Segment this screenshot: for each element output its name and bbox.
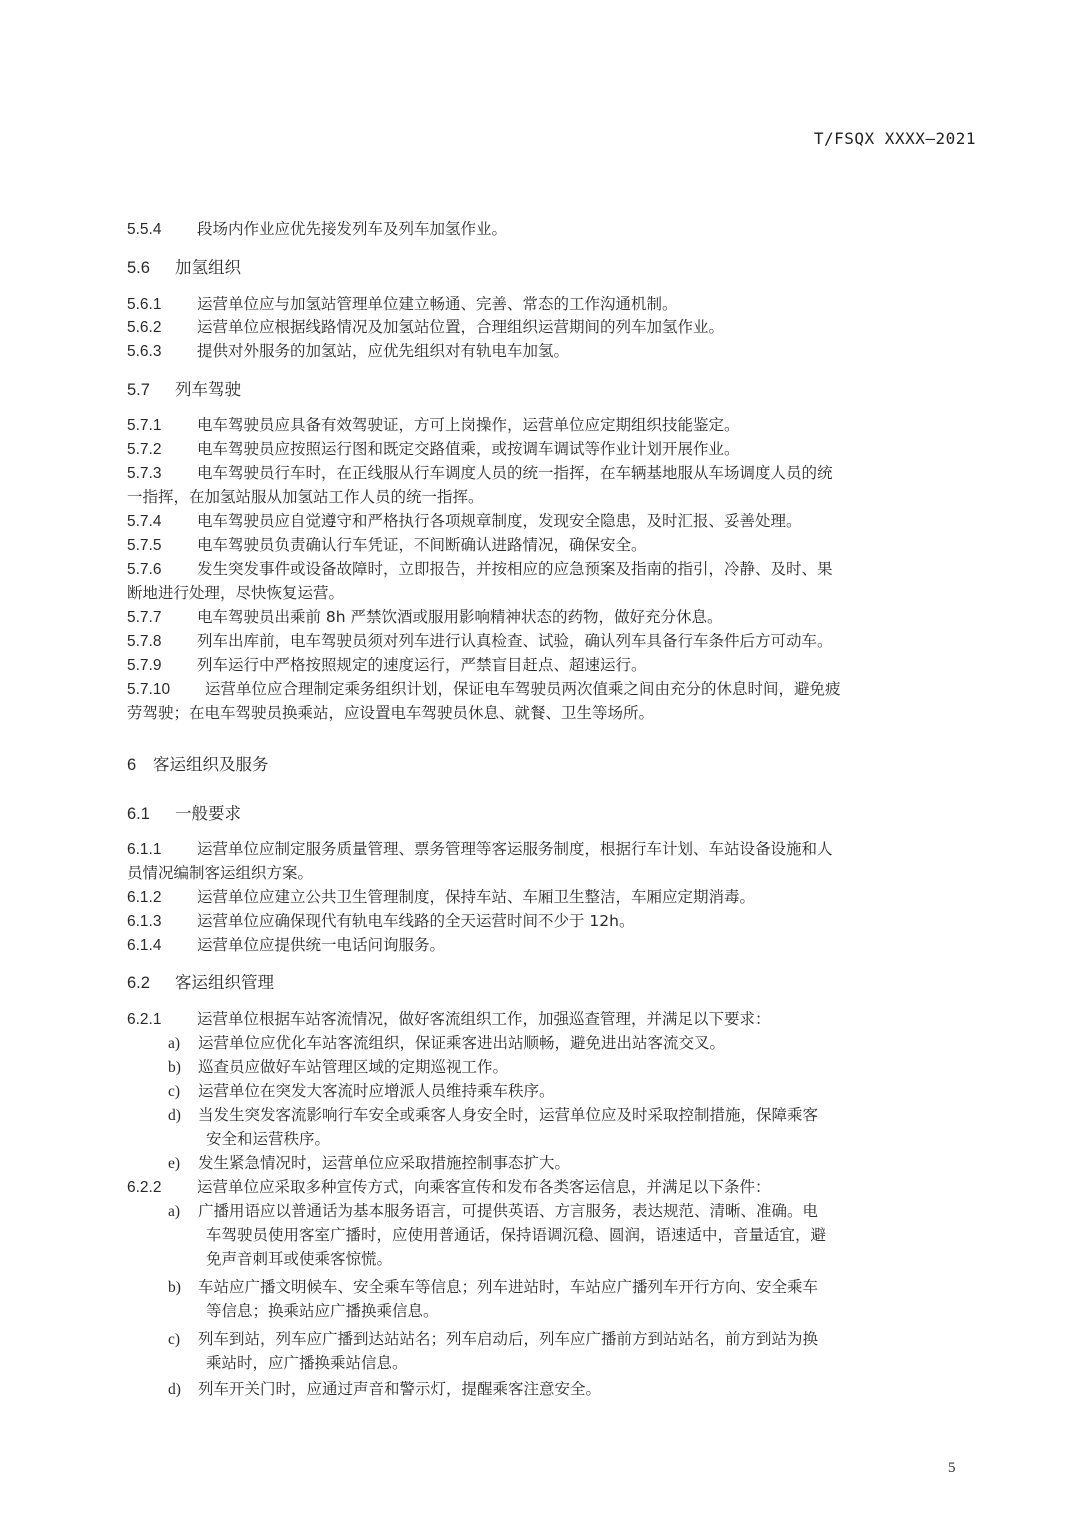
clause-text: 电车驾驶员负责确认行车凭证，不间断确认进路情况，确保安全。 (197, 536, 647, 554)
list-marker: c) (168, 1328, 198, 1352)
clause-number: 6.1.3 (127, 910, 197, 934)
clause-text: 电车驾驶员应具备有效驾驶证，方可上岗操作，运营单位应定期组织技能鉴定。 (197, 416, 740, 434)
clause-5-7-6-cont: 断地进行处理，尽快恢复运营。 (127, 582, 979, 606)
clause-number: 5.6.2 (127, 316, 197, 340)
clause-number: 6.1.1 (127, 838, 197, 862)
list-item-6-2-1-e: e)发生紧急情况时，运营单位应采取措施控制事态扩大。 (168, 1152, 1020, 1176)
clause-text: 提供对外服务的加氢站，应优先组织对有轨电车加氢。 (197, 342, 569, 360)
list-marker: d) (168, 1104, 198, 1128)
clause-number: 5.7.4 (127, 510, 197, 534)
clause-5-7-5: 5.7.5电车驾驶员负责确认行车凭证，不间断确认进路情况，确保安全。 (127, 534, 979, 558)
heading-6-1: 6.1一般要求 (127, 802, 979, 827)
clause-5-7-10-cont: 劳驾驶；在电车驾驶员换乘站，应设置电车驾驶员休息、就餐、卫生等场所。 (127, 702, 979, 726)
clause-text: 运营单位应合理制定乘务组织计划，保证电车驾驶员两次值乘之间由充分的休息时间，避免… (205, 680, 841, 698)
list-text: 安全和运营秩序。 (206, 1130, 330, 1148)
clause-text: 列车出库前，电车驾驶员须对列车进行认真检查、试验，确认列车具备行车条件后方可动车… (197, 632, 833, 650)
list-marker: b) (168, 1056, 198, 1080)
list-marker: a) (168, 1200, 198, 1224)
clause-5-6-3: 5.6.3提供对外服务的加氢站，应优先组织对有轨电车加氢。 (127, 340, 979, 364)
clause-text: 劳驾驶；在电车驾驶员换乘站，应设置电车驾驶员休息、就餐、卫生等场所。 (127, 704, 654, 722)
clause-number: 5.7.10 (127, 678, 205, 702)
clause-text: 运营单位应与加氢站管理单位建立畅通、完善、常态的工作沟通机制。 (197, 295, 678, 313)
clause-number: 6.1.2 (127, 886, 197, 910)
list-item-6-2-2-a: a)广播用语应以普通话为基本服务语言，可提供英语、方言服务，表达规范、清晰、准确… (168, 1200, 1020, 1224)
clause-6-1-1-cont: 员情况编制客运组织方案。 (127, 862, 979, 886)
heading-number: 6.1 (127, 803, 175, 827)
clause-number: 5.7.1 (127, 414, 197, 438)
clause-text: 一指挥，在加氢站服从加氢站工作人员的统一指挥。 (127, 488, 484, 506)
clause-5-7-6: 5.7.6发生突发事件或设备故障时，立即报告，并按相应的应急预案及指南的指引，冷… (127, 558, 979, 582)
clause-6-1-3: 6.1.3运营单位应确保现代有轨电车线路的全天运营时间不少于 12h。 (127, 910, 979, 934)
clause-5-7-4: 5.7.4电车驾驶员应自觉遵守和严格执行各项规章制度，发现安全隐患，及时汇报、妥… (127, 510, 979, 534)
heading-5-6: 5.6加氢组织 (127, 256, 979, 281)
clause-text: 列车运行中严格按照规定的速度运行，严禁盲目赶点、超速运行。 (197, 656, 647, 674)
list-text: 免声音刺耳或使乘客惊慌。 (206, 1250, 392, 1268)
clause-5-7-3-cont: 一指挥，在加氢站服从加氢站工作人员的统一指挥。 (127, 486, 979, 510)
clause-text: 员情况编制客运组织方案。 (127, 864, 313, 882)
clause-6-2-1: 6.2.1运营单位根据车站客流情况，做好客流组织工作，加强巡查管理，并满足以下要… (127, 1008, 979, 1032)
clause-6-1-2: 6.1.2运营单位应建立公共卫生管理制度，保持车站、车厢卫生整洁，车厢应定期消毒… (127, 886, 979, 910)
heading-text: 客运组织管理 (175, 973, 274, 992)
clause-5-7-9: 5.7.9列车运行中严格按照规定的速度运行，严禁盲目赶点、超速运行。 (127, 654, 979, 678)
clause-text: 发生突发事件或设备故障时，立即报告，并按相应的应急预案及指南的指引，冷静、及时、… (197, 560, 833, 578)
clause-text: 断地进行处理，尽快恢复运营。 (127, 584, 344, 602)
list-item-6-2-2-a-cont2: 免声音刺耳或使乘客惊慌。 (206, 1248, 1058, 1272)
list-item-6-2-1-a: a)运营单位应优化车站客流组织，保证乘客进出站顺畅，避免进出站客流交叉。 (168, 1032, 1020, 1056)
clause-5-6-2: 5.6.2运营单位应根据线路情况及加氢站位置，合理组织运营期间的列车加氢作业。 (127, 316, 979, 340)
heading-text: 加氢组织 (175, 258, 241, 277)
clause-5-7-7: 5.7.7电车驾驶员出乘前 8h 严禁饮酒或服用影响精神状态的药物，做好充分休息… (127, 606, 979, 630)
clause-number: 5.6.1 (127, 293, 197, 317)
heading-text: 客运组织及服务 (153, 755, 269, 774)
list-item-6-2-2-c: c)列车到站，列车应广播到达站站名；列车启动后，列车应广播前方到站站名，前方到站… (168, 1328, 1020, 1352)
clause-number: 5.7.8 (127, 630, 197, 654)
heading-number: 6.2 (127, 972, 175, 996)
clause-6-2-2: 6.2.2运营单位应采取多种宣传方式，向乘客宣传和发布各类客运信息，并满足以下条… (127, 1176, 979, 1200)
clause-5-7-2: 5.7.2电车驾驶员应按照运行图和既定交路值乘，或按调车调试等作业计划开展作业。 (127, 438, 979, 462)
clause-5-7-8: 5.7.8列车出库前，电车驾驶员须对列车进行认真检查、试验，确认列车具备行车条件… (127, 630, 979, 654)
heading-6-2: 6.2客运组织管理 (127, 971, 979, 996)
list-text: 广播用语应以普通话为基本服务语言，可提供英语、方言服务，表达规范、清晰、准确。电 (198, 1202, 818, 1220)
list-item-6-2-2-d: d)列车开关门时，应通过声音和警示灯，提醒乘客注意安全。 (168, 1378, 1020, 1402)
clause-number: 5.7.7 (127, 606, 197, 630)
heading-number: 6 (127, 754, 153, 778)
heading-number: 5.7 (127, 379, 175, 403)
clause-number: 5.7.3 (127, 462, 197, 486)
list-item-6-2-1-b: b)巡查员应做好车站管理区域的定期巡视工作。 (168, 1056, 1020, 1080)
list-text: 巡查员应做好车站管理区域的定期巡视工作。 (198, 1058, 508, 1076)
clause-text: 电车驾驶员应自觉遵守和严格执行各项规章制度，发现安全隐患，及时汇报、妥善处理。 (197, 512, 802, 530)
list-item-6-2-2-a-cont: 车驾驶员使用客室广播时，应使用普通话，保持语调沉稳、圆润，语速适中，音量适宜，避 (206, 1224, 1058, 1248)
clause-text: 运营单位根据车站客流情况，做好客流组织工作，加强巡查管理，并满足以下要求： (197, 1010, 771, 1028)
list-text: 车站应广播文明候车、安全乘车等信息；列车进站时，车站应广播列车开行方向、安全乘车 (198, 1278, 818, 1296)
list-text: 乘站时，应广播换乘站信息。 (206, 1354, 408, 1372)
list-item-6-2-1-c: c)运营单位在突发大客流时应增派人员维持乘车秩序。 (168, 1080, 1020, 1104)
list-text: 列车到站，列车应广播到达站站名；列车启动后，列车应广播前方到站站名，前方到站为换 (198, 1330, 818, 1348)
clause-number: 5.7.5 (127, 534, 197, 558)
heading-6: 6客运组织及服务 (127, 753, 979, 778)
clause-text: 电车驾驶员出乘前 8h 严禁饮酒或服用影响精神状态的药物，做好充分休息。 (197, 608, 723, 626)
list-text: 车驾驶员使用客室广播时，应使用普通话，保持语调沉稳、圆润，语速适中，音量适宜，避 (206, 1226, 826, 1244)
heading-text: 列车驾驶 (175, 380, 241, 399)
list-text: 列车开关门时，应通过声音和警示灯，提醒乘客注意安全。 (198, 1380, 601, 1398)
clause-6-1-4: 6.1.4运营单位应提供统一电话问询服务。 (127, 934, 979, 958)
clause-text: 运营单位应根据线路情况及加氢站位置，合理组织运营期间的列车加氢作业。 (197, 318, 724, 336)
list-text: 当发生突发客流影响行车安全或乘客人身安全时，运营单位应及时采取控制措施，保障乘客 (198, 1106, 818, 1124)
list-marker: a) (168, 1032, 198, 1056)
heading-5-7: 5.7列车驾驶 (127, 378, 979, 403)
clause-text: 运营单位应制定服务质量管理、票务管理等客运服务制度，根据行车计划、车站设备设施和… (197, 840, 833, 858)
clause-5-7-10: 5.7.10运营单位应合理制定乘务组织计划，保证电车驾驶员两次值乘之间由充分的休… (127, 678, 979, 702)
list-text: 运营单位应优化车站客流组织，保证乘客进出站顺畅，避免进出站客流交叉。 (198, 1034, 725, 1052)
clause-text: 运营单位应确保现代有轨电车线路的全天运营时间不少于 12h。 (197, 912, 634, 930)
clause-number: 5.7.9 (127, 654, 197, 678)
clause-text: 电车驾驶员行车时，在正线服从行车调度人员的统一指挥，在车辆基地服从车场调度人员的… (197, 464, 833, 482)
clause-number: 5.5.4 (127, 218, 197, 242)
list-marker: b) (168, 1276, 198, 1300)
clause-number: 6.2.1 (127, 1008, 197, 1032)
clause-text: 段场内作业应优先接发列车及列车加氢作业。 (197, 220, 507, 238)
clause-5-5-4: 5.5.4段场内作业应优先接发列车及列车加氢作业。 (127, 218, 979, 242)
clause-text: 电车驾驶员应按照运行图和既定交路值乘，或按调车调试等作业计划开展作业。 (197, 440, 740, 458)
list-item-6-2-2-c-cont: 乘站时，应广播换乘站信息。 (206, 1352, 1058, 1376)
clause-number: 5.6.3 (127, 340, 197, 364)
clause-number: 5.7.6 (127, 558, 197, 582)
list-text: 发生紧急情况时，运营单位应采取措施控制事态扩大。 (198, 1154, 570, 1172)
clause-number: 6.1.4 (127, 934, 197, 958)
clause-5-7-3: 5.7.3电车驾驶员行车时，在正线服从行车调度人员的统一指挥，在车辆基地服从车场… (127, 462, 979, 486)
clause-6-1-1: 6.1.1运营单位应制定服务质量管理、票务管理等客运服务制度，根据行车计划、车站… (127, 838, 979, 862)
list-item-6-2-1-d-cont: 安全和运营秩序。 (206, 1128, 1058, 1152)
list-text: 运营单位在突发大客流时应增派人员维持乘车秩序。 (198, 1082, 555, 1100)
page-number: 5 (948, 1460, 956, 1477)
clause-text: 运营单位应建立公共卫生管理制度，保持车站、车厢卫生整洁，车厢应定期消毒。 (197, 888, 755, 906)
clause-5-7-1: 5.7.1电车驾驶员应具备有效驾驶证，方可上岗操作，运营单位应定期组织技能鉴定。 (127, 414, 979, 438)
clause-text: 运营单位应提供统一电话问询服务。 (197, 936, 445, 954)
list-marker: d) (168, 1378, 198, 1402)
list-item-6-2-2-b-cont: 等信息；换乘站应广播换乘信息。 (206, 1300, 1058, 1324)
clause-text: 运营单位应采取多种宣传方式，向乘客宣传和发布各类客运信息，并满足以下条件： (197, 1178, 771, 1196)
clause-5-6-1: 5.6.1运营单位应与加氢站管理单位建立畅通、完善、常态的工作沟通机制。 (127, 293, 979, 317)
clause-number: 6.2.2 (127, 1176, 197, 1200)
heading-number: 5.6 (127, 257, 175, 281)
list-item-6-2-2-b: b)车站应广播文明候车、安全乘车等信息；列车进站时，车站应广播列车开行方向、安全… (168, 1276, 1020, 1300)
clause-number: 5.7.2 (127, 438, 197, 462)
list-item-6-2-1-d: d)当发生突发客流影响行车安全或乘客人身安全时，运营单位应及时采取控制措施，保障… (168, 1104, 1020, 1128)
heading-text: 一般要求 (175, 804, 241, 823)
list-text: 等信息；换乘站应广播换乘信息。 (206, 1302, 439, 1320)
list-marker: e) (168, 1152, 198, 1176)
list-marker: c) (168, 1080, 198, 1104)
doc-code-header: T/FSQX XXXX—2021 (814, 129, 976, 148)
